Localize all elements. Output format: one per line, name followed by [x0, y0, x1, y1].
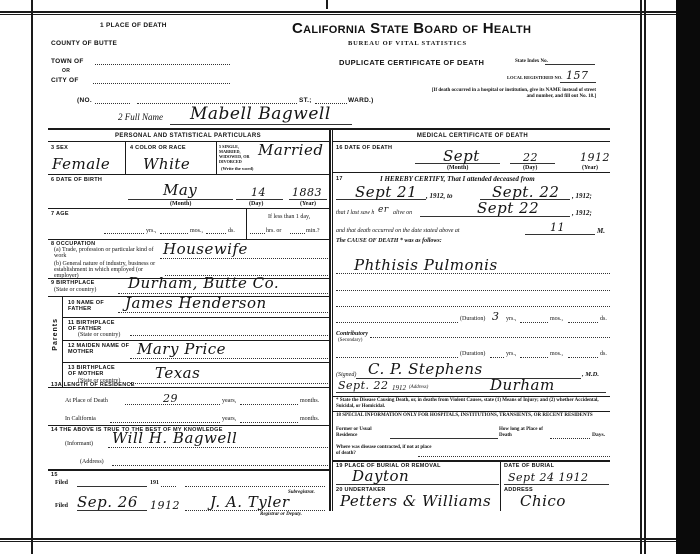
- res-ca-label: In California: [65, 416, 96, 422]
- birthplace-value: Durham, Butte Co.: [128, 274, 279, 292]
- rule: [332, 461, 333, 511]
- secondary-label: (Secondary): [338, 338, 362, 343]
- informant-label: (Informant): [65, 441, 93, 447]
- cause-value: Phthisis Pulmonis: [354, 256, 498, 274]
- filed-year-prefix: 191: [150, 480, 159, 486]
- contributory-field[interactable]: [370, 337, 610, 338]
- age-minutes-field[interactable]: [290, 233, 305, 234]
- local-registered-value: 157: [566, 69, 589, 82]
- right-double-line-a: [640, 0, 642, 554]
- special-info-label: 18 Special Information only for Hospital…: [336, 413, 610, 419]
- res-place-label: At Place of Death: [65, 398, 108, 404]
- last-saw-text: that I last saw h: [336, 210, 374, 216]
- informant-address-field[interactable]: [112, 465, 328, 466]
- no-label: (No.: [77, 97, 92, 104]
- dod-year-value: 1912: [580, 151, 610, 164]
- res-place-months-word: months.: [300, 398, 319, 404]
- how-long-label: How long at Place of Death: [499, 427, 554, 439]
- registrar-value: J. A. Tyler: [210, 493, 290, 511]
- rule: [125, 141, 126, 174]
- occupation-a-hint: (a) Trade, profession or particular kind…: [54, 247, 162, 259]
- age-min-word: min.?: [306, 228, 320, 234]
- how-long-field[interactable]: [550, 438, 590, 439]
- filed-year-field[interactable]: [161, 486, 176, 487]
- bureau-subtitle: Bureau of Vital Statistics: [348, 40, 467, 47]
- age-yrs-word: yrs.,: [146, 228, 156, 234]
- sign-address-label: (Address): [409, 385, 428, 390]
- duration-yrs-word-2: yrs.,: [506, 351, 516, 357]
- sign-date-field[interactable]: [336, 392, 606, 393]
- sex-value: Female: [52, 155, 110, 173]
- board-title: California State Board of Health: [292, 20, 531, 37]
- mother-birthplace-label: 13 Birthplace of Mother: [68, 365, 123, 377]
- residence-label: 13a Length of Residence: [51, 382, 135, 388]
- dod-month-caption: (Month): [447, 165, 468, 171]
- registrar-label: Registrar or Deputy.: [260, 512, 302, 517]
- mother-birthplace-field[interactable]: [130, 383, 328, 384]
- informant-field[interactable]: [108, 447, 328, 448]
- father-label: 10 Name of Father: [68, 300, 113, 312]
- filing-number: 15: [51, 472, 58, 478]
- dod-day-value: 22: [523, 151, 538, 164]
- city-label: City of: [51, 77, 79, 84]
- duration-yrs-word-1: yrs.,: [506, 316, 516, 322]
- dob-day-value: 14: [251, 186, 266, 199]
- medical-section-title: Medical Certificate of Death: [335, 133, 610, 139]
- attended-from-value: Sept 21: [355, 183, 417, 201]
- town-label: Town of: [51, 58, 84, 65]
- sex-label: 3 Sex: [51, 145, 68, 151]
- parents-bracket: [62, 296, 63, 388]
- res-ca-years-word: years,: [222, 416, 236, 422]
- duration-label-1: (Duration): [460, 316, 485, 322]
- rule: [216, 141, 217, 174]
- dob-year-field[interactable]: [289, 199, 327, 200]
- full-name-value: Mabell Bagwell: [190, 104, 331, 124]
- document-type: Duplicate Certificate of Death: [339, 58, 484, 67]
- informant-address-label: (Address): [80, 459, 104, 465]
- age-label: 7 Age: [51, 211, 69, 217]
- res-place-years-word: years,: [222, 398, 236, 404]
- scan-edge-black-strip: [676, 0, 700, 554]
- dob-day-field[interactable]: [236, 199, 283, 200]
- death-time-text: and that death occurred on the date stat…: [336, 228, 460, 234]
- dob-month-value: May: [163, 181, 197, 199]
- duration-mos-word-2: mos.,: [550, 351, 563, 357]
- rule: [48, 174, 329, 175]
- last-saw-year: , 1912;: [572, 209, 592, 217]
- top-tick: [326, 0, 328, 9]
- occupation-value: Housewife: [163, 240, 248, 258]
- res-place-months-field[interactable]: [240, 404, 298, 405]
- rule: [333, 172, 610, 173]
- duration-ds-word-1: ds.: [600, 316, 607, 322]
- sign-address-value: Durham: [490, 376, 555, 394]
- race-value: White: [143, 155, 190, 173]
- age-months-field[interactable]: [160, 233, 188, 234]
- left-margin-line: [31, 0, 33, 554]
- local-registered-field[interactable]: [560, 82, 596, 83]
- city-field[interactable]: [93, 83, 230, 84]
- local-registered-label: Local Registered No.: [507, 75, 562, 80]
- age-hours-field[interactable]: [250, 233, 265, 234]
- filed2-label: Filed: [55, 503, 68, 509]
- subregistrar-field[interactable]: [185, 486, 325, 487]
- burial-date-field[interactable]: [504, 484, 609, 485]
- dob-label: 6 Date of Birth: [51, 177, 102, 183]
- dod-label: 16 Date of Death: [336, 145, 392, 151]
- duration-years-field-2[interactable]: [490, 357, 504, 358]
- filed2-year-value: 1912: [150, 499, 180, 512]
- subregistrar-label: Subregistrar.: [288, 490, 315, 495]
- where-contracted-field[interactable]: [418, 456, 610, 457]
- age-ds-word: ds.: [228, 228, 235, 234]
- age-days-field[interactable]: [206, 233, 226, 234]
- res-place-years-value: 29: [163, 392, 178, 405]
- death-time-suffix: M.: [597, 227, 605, 235]
- death-time-value: 11: [550, 221, 565, 234]
- res-ca-months-word: months.: [300, 416, 319, 422]
- father-birthplace-field[interactable]: [130, 335, 328, 336]
- dob-month-field[interactable]: [128, 199, 233, 200]
- rule: [333, 396, 610, 397]
- full-name-field[interactable]: [170, 124, 352, 125]
- rule: [333, 411, 610, 412]
- age-hrs-word: hrs. or: [266, 228, 281, 234]
- last-saw-date-value: Sept 22: [477, 199, 539, 217]
- res-ca-years-field[interactable]: [110, 422, 220, 423]
- attended-from-year: , 1912, to: [426, 192, 452, 200]
- rule: [333, 141, 610, 142]
- dob-year-value: 1883: [292, 186, 322, 199]
- right-double-line-b: [644, 0, 646, 554]
- days-label: Days.: [592, 432, 605, 438]
- state-index-field[interactable]: [545, 64, 595, 65]
- dod-month-value: Sept: [443, 147, 480, 165]
- signed-label: (Signed): [336, 372, 356, 378]
- informant-value: Will H. Bagwell: [112, 429, 237, 447]
- attended-to-year: , 1912;: [572, 192, 592, 200]
- rule: [246, 208, 247, 239]
- duration-months-field-2[interactable]: [520, 357, 548, 358]
- cause-line-2[interactable]: [336, 290, 610, 291]
- marital-label: 5 Single, Married, Widowed, or Divorced: [219, 144, 257, 164]
- age-mos-word: mos.,: [190, 228, 203, 234]
- top-double-line-a: [0, 11, 676, 13]
- filed2-date-value: Sep. 26: [77, 493, 138, 511]
- duration-days-field-2[interactable]: [568, 357, 598, 358]
- town-field[interactable]: [95, 64, 230, 65]
- father-field[interactable]: [118, 312, 328, 313]
- parents-label: Parents: [52, 318, 59, 351]
- burial-place-field[interactable]: [336, 484, 499, 485]
- undertaker-address-value: Chico: [520, 492, 566, 510]
- res-ca-months-field[interactable]: [240, 422, 298, 423]
- day-caption: (Day): [249, 201, 263, 207]
- duration-line-2[interactable]: [336, 357, 458, 358]
- age-years-field[interactable]: [104, 233, 144, 234]
- rule: [48, 208, 329, 209]
- race-label: 4 Color or Race: [130, 145, 186, 151]
- rule: [62, 362, 329, 363]
- birthplace-label: 9 Birthplace: [51, 280, 95, 286]
- filed-date-field[interactable]: [77, 486, 147, 487]
- burial-place-value: Dayton: [352, 467, 409, 485]
- personal-section-title: Personal and Statistical Particulars: [48, 133, 328, 139]
- bottom-double-line-b: [0, 541, 676, 542]
- county-label: County of Butte: [51, 40, 117, 47]
- registrar-field[interactable]: [185, 510, 325, 511]
- death-time-field[interactable]: [525, 234, 595, 235]
- mother-label: 12 Maiden Name of Mother: [68, 343, 138, 355]
- undertaker-value: Petters & Williams: [340, 492, 491, 510]
- rule: [62, 317, 329, 318]
- ward-label: Ward.): [348, 97, 374, 104]
- st-label: St.;: [299, 97, 312, 104]
- month-caption: (Month): [170, 201, 191, 207]
- age-less-day-label: If less than 1 day,: [268, 214, 310, 220]
- top-double-line-b: [0, 14, 676, 15]
- contributory-label: Contributory: [336, 331, 368, 337]
- cause-text: The CAUSE OF DEATH * was as follows:: [336, 238, 442, 244]
- rule: [48, 425, 329, 426]
- column-divider-b: [332, 128, 333, 511]
- signed-value: C. P. Stephens: [368, 360, 483, 378]
- duration-months-field-1[interactable]: [520, 322, 548, 323]
- rule: [48, 469, 329, 471]
- alive-on-text: alive on: [393, 210, 412, 216]
- or-label: or: [62, 68, 70, 74]
- burial-date-label: Date of Burial: [504, 463, 554, 469]
- filed-label: Filed: [55, 480, 68, 486]
- occupation-field[interactable]: [160, 258, 328, 259]
- rule: [333, 460, 610, 462]
- full-name-label: 2 Full Name: [118, 112, 163, 122]
- hospital-note: [If death occurred in a hospital or inst…: [424, 88, 596, 100]
- former-residence-field[interactable]: [390, 438, 498, 439]
- last-saw-value: er: [378, 205, 389, 215]
- duration-years-value: 3: [492, 310, 500, 323]
- father-birthplace-label: 11 Birthplace of Father: [68, 320, 123, 332]
- duration-line-1[interactable]: [336, 322, 458, 323]
- mother-birthplace-value: Texas: [155, 364, 200, 382]
- cause-line-3[interactable]: [336, 306, 610, 307]
- cert-text: I HEREBY CERTIFY, That I attended deceas…: [380, 175, 535, 183]
- dod-year-caption: (Year): [582, 165, 598, 171]
- former-residence-label: Former or Usual Residence: [336, 427, 384, 439]
- sign-date-value: Sept. 22: [338, 379, 389, 392]
- father-value: James Henderson: [125, 294, 267, 312]
- column-divider-a: [329, 128, 331, 511]
- marital-hint: (Write the word): [221, 166, 253, 171]
- state-index-label: State Index No.: [515, 59, 548, 64]
- street-number-field[interactable]: [95, 103, 130, 104]
- bottom-double-line-a: [0, 538, 676, 540]
- cause-footnote: * State the Disease Causing Death, or, i…: [336, 398, 610, 410]
- duration-label-2: (Duration): [460, 351, 485, 357]
- rule: [500, 461, 501, 511]
- cert-number: 17: [336, 176, 343, 182]
- mother-value: Mary Price: [137, 340, 226, 358]
- sign-year-value: 1912: [392, 384, 406, 392]
- md-label: , M.D.: [582, 371, 599, 378]
- duration-ds-word-2: ds.: [600, 351, 607, 357]
- place-of-death-label: 1 Place of Death: [100, 22, 167, 29]
- mother-field[interactable]: [130, 358, 328, 359]
- father-birthplace-hint: (State or country): [78, 332, 120, 338]
- marital-value: Married: [258, 141, 323, 159]
- year-caption: (Year): [300, 201, 316, 207]
- birthplace-hint: (State or country): [54, 287, 96, 293]
- duration-mos-word-1: mos.,: [550, 316, 563, 322]
- dod-day-caption: (Day): [523, 165, 537, 171]
- duration-days-field-1[interactable]: [568, 322, 598, 323]
- burial-date-value: Sept 24 1912: [508, 471, 589, 484]
